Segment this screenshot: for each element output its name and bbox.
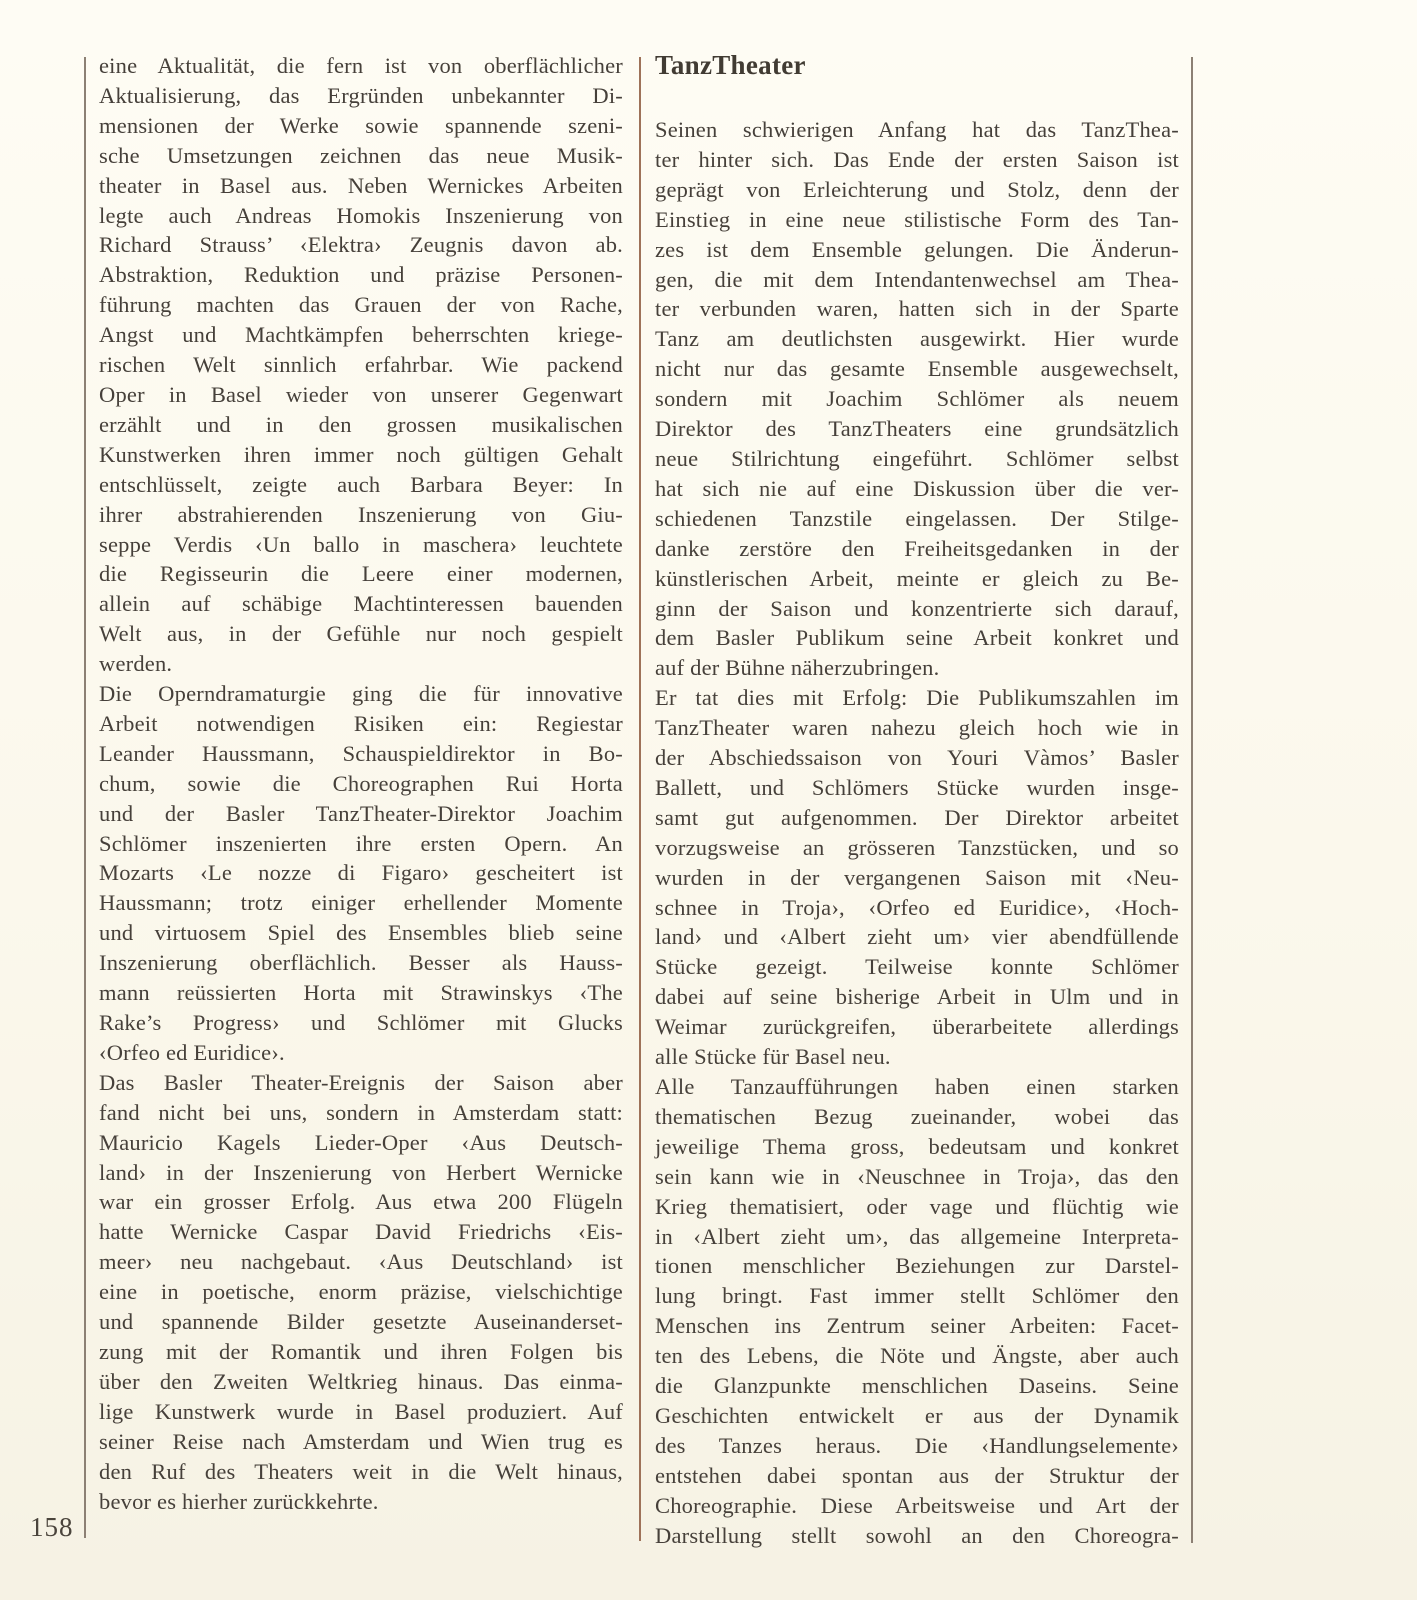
text-line: ginn der Saison und konzentrierte sich d… — [655, 594, 1179, 624]
text-line: jeweilige Thema gross, bedeutsam und kon… — [655, 1132, 1179, 1162]
text-line: Weimar zurückgreifen, überarbeitete alle… — [655, 1012, 1179, 1042]
text-line: Angst und Machtkämpfen beherrschten krie… — [99, 320, 623, 350]
text-line: Er tat dies mit Erfolg: Die Publikumszah… — [655, 683, 1179, 713]
text-line: dem Basler Publikum seine Arbeit konkret… — [655, 623, 1179, 653]
text-line: thematischen Bezug zueinander, wobei das — [655, 1102, 1179, 1132]
text-line: Haussmann; trotz einiger erhellender Mom… — [99, 888, 623, 918]
text-line: Inszenierung oberflächlich. Besser als H… — [99, 948, 623, 978]
text-line: zung mit der Romantik und ihren Folgen b… — [99, 1337, 623, 1367]
text-line: theater in Basel aus. Neben Wernickes Ar… — [99, 171, 623, 201]
text-line: künstlerischen Arbeit, meinte er gleich … — [655, 564, 1179, 594]
text-line: Seinen schwierigen Anfang hat das TanzTh… — [655, 115, 1179, 145]
text-line: Mauricio Kagels Lieder-Oper ‹Aus Deutsch… — [99, 1128, 623, 1158]
text-line: sein kann wie in ‹Neuschnee in Troja›, d… — [655, 1162, 1179, 1192]
text-line: meer› neu nachgebaut. ‹Aus Deutschland› … — [99, 1247, 623, 1277]
text-line: Alle Tanzaufführungen haben einen starke… — [655, 1072, 1179, 1102]
text-line: Kunstwerken ihren immer noch gültigen Ge… — [99, 440, 623, 470]
text-line: war ein grosser Erfolg. Aus etwa 200 Flü… — [99, 1187, 623, 1217]
text-line: Mozarts ‹Le nozze di Figaro› gescheitert… — [99, 858, 623, 888]
text-line: chum, sowie die Choreographen Rui Horta — [99, 769, 623, 799]
right-column-body: Seinen schwierigen Anfang hat das TanzTh… — [655, 115, 1179, 1551]
text-line: ihrer abstrahierenden Inszenierung von G… — [99, 500, 623, 530]
text-line: Choreographie. Diese Arbeitsweise und Ar… — [655, 1491, 1179, 1521]
text-line: vorzugsweise an grösseren Tanzstücken, u… — [655, 833, 1179, 863]
text-line: lung bringt. Fast immer stellt Schlömer … — [655, 1281, 1179, 1311]
text-line: erzählt und in den grossen musikalischen — [99, 410, 623, 440]
text-line: werden. — [99, 649, 623, 679]
text-line: Leander Haussmann, Schauspieldirektor in… — [99, 739, 623, 769]
text-line: ter verbunden waren, hatten sich in der … — [655, 294, 1179, 324]
text-line: Einstieg in eine neue stilistische Form … — [655, 205, 1179, 235]
center-column-rule — [639, 57, 641, 1541]
text-line: land› und ‹Albert zieht um› vier abendfü… — [655, 922, 1179, 952]
text-line: Direktor des TanzTheaters eine grundsätz… — [655, 414, 1179, 444]
text-line: nicht nur das gesamte Ensemble ausgewech… — [655, 354, 1179, 384]
text-line: sche Umsetzungen zeichnen das neue Musik… — [99, 141, 623, 171]
text-line: Die Operndramaturgie ging die für innova… — [99, 679, 623, 709]
text-line: Rake’s Progress› und Schlömer mit Glucks — [99, 1008, 623, 1038]
text-line: und der Basler TanzTheater-Direktor Joac… — [99, 799, 623, 829]
text-line: fand nicht bei uns, sondern in Amsterdam… — [99, 1098, 623, 1128]
text-line: Welt aus, in der Gefühle nur noch gespie… — [99, 619, 623, 649]
text-line: Krieg thematisiert, oder vage und flücht… — [655, 1192, 1179, 1222]
scanned-book-page: eine Aktualität, die fern ist von oberfl… — [0, 0, 1417, 1600]
text-line: ter hinter sich. Das Ende der ersten Sai… — [655, 145, 1179, 175]
text-line: Oper in Basel wieder von unserer Gegenwa… — [99, 380, 623, 410]
text-line: eine in poetische, enorm präzise, vielsc… — [99, 1277, 623, 1307]
text-line: entschlüsselt, zeigte auch Barbara Beyer… — [99, 470, 623, 500]
text-line: und spannende Bilder gesetzte Auseinande… — [99, 1307, 623, 1337]
text-line: Aktualisierung, das Ergründen unbekannte… — [99, 81, 623, 111]
page-number: 158 — [30, 1512, 74, 1543]
text-line: TanzTheater waren nahezu gleich hoch wie… — [655, 713, 1179, 743]
text-line: hat sich nie auf eine Diskussion über di… — [655, 474, 1179, 504]
text-line: Das Basler Theater-Ereignis der Saison a… — [99, 1068, 623, 1098]
text-line: mensionen der Werke sowie spannende szen… — [99, 111, 623, 141]
text-line: allein auf schäbige Machtinteressen baue… — [99, 589, 623, 619]
right-column-rule — [1191, 57, 1193, 1543]
text-line: den Ruf des Theaters weit in die Welt hi… — [99, 1457, 623, 1487]
text-line: legte auch Andreas Homokis Inszenierung … — [99, 201, 623, 231]
text-line: seppe Verdis ‹Un ballo in maschera› leuc… — [99, 530, 623, 560]
text-line: der Abschiedssaison von Youri Vàmos’ Bas… — [655, 743, 1179, 773]
text-line: in ‹Albert zieht um›, das allgemeine Int… — [655, 1222, 1179, 1252]
text-line: Darstellung stellt sowohl an den Choreog… — [655, 1521, 1179, 1551]
text-line: seiner Reise nach Amsterdam und Wien tru… — [99, 1427, 623, 1457]
text-line: Geschichten entwickelt er aus der Dynami… — [655, 1401, 1179, 1431]
text-line: eine Aktualität, die fern ist von oberfl… — [99, 51, 623, 81]
text-line: die Regisseurin die Leere einer modernen… — [99, 559, 623, 589]
text-line: des Tanzes heraus. Die ‹Handlungselement… — [655, 1431, 1179, 1461]
text-line: Richard Strauss’ ‹Elektra› Zeugnis davon… — [99, 230, 623, 260]
text-line: schnee in Troja›, ‹Orfeo ed Euridice›, ‹… — [655, 893, 1179, 923]
text-line: zes ist dem Ensemble gelungen. Die Änder… — [655, 235, 1179, 265]
text-line: wurden in der vergangenen Saison mit ‹Ne… — [655, 863, 1179, 893]
text-line: Menschen ins Zentrum seiner Arbeiten: Fa… — [655, 1311, 1179, 1341]
right-text-column: TanzTheater Seinen schwierigen Anfang ha… — [655, 51, 1179, 1551]
section-heading: TanzTheater — [655, 51, 1179, 115]
text-line: schiedenen Tanzstile eingelassen. Der St… — [655, 504, 1179, 534]
text-line: Arbeit notwendigen Risiken ein: Regiesta… — [99, 709, 623, 739]
text-line: Abstraktion, Reduktion und präzise Perso… — [99, 260, 623, 290]
text-line: ten des Lebens, die Nöte und Ängste, abe… — [655, 1341, 1179, 1371]
text-line: neue Stilrichtung eingeführt. Schlömer s… — [655, 444, 1179, 474]
text-line: samt gut aufgenommen. Der Direktor arbei… — [655, 803, 1179, 833]
text-line: entstehen dabei spontan aus der Struktur… — [655, 1461, 1179, 1491]
text-line: Schlömer inszenierten ihre ersten Opern.… — [99, 829, 623, 859]
text-line: tionen menschlicher Beziehungen zur Dars… — [655, 1251, 1179, 1281]
text-line: dabei auf seine bisherige Arbeit in Ulm … — [655, 982, 1179, 1012]
text-line: ‹Orfeo ed Euridice›. — [99, 1038, 623, 1068]
text-line: auf der Bühne näherzubringen. — [655, 653, 1179, 683]
text-line: Stücke gezeigt. Teilweise konnte Schlöme… — [655, 952, 1179, 982]
text-line: Tanz am deutlichsten ausgewirkt. Hier wu… — [655, 324, 1179, 354]
text-line: geprägt von Erleichterung und Stolz, den… — [655, 175, 1179, 205]
left-text-column: eine Aktualität, die fern ist von oberfl… — [99, 51, 623, 1516]
text-line: führung machten das Grauen der von Rache… — [99, 290, 623, 320]
text-line: Ballett, und Schlömers Stücke wurden ins… — [655, 773, 1179, 803]
text-line: danke zerstöre den Freiheitsgedanken in … — [655, 534, 1179, 564]
left-column-rule — [84, 57, 86, 1538]
text-line: lige Kunstwerk wurde in Basel produziert… — [99, 1397, 623, 1427]
text-line: alle Stücke für Basel neu. — [655, 1042, 1179, 1072]
text-line: sondern mit Joachim Schlömer als neuem — [655, 384, 1179, 414]
text-line: und virtuosem Spiel des Ensembles blieb … — [99, 918, 623, 948]
text-line: hatte Wernicke Caspar David Friedrichs ‹… — [99, 1217, 623, 1247]
text-line: gen, die mit dem Intendantenwechsel am T… — [655, 265, 1179, 295]
text-line: mann reüssierten Horta mit Strawinskys ‹… — [99, 978, 623, 1008]
text-line: land› in der Inszenierung von Herbert We… — [99, 1158, 623, 1188]
text-line: rischen Welt sinnlich erfahrbar. Wie pac… — [99, 350, 623, 380]
text-line: die Glanzpunkte menschlichen Daseins. Se… — [655, 1371, 1179, 1401]
text-line: über den Zweiten Weltkrieg hinaus. Das e… — [99, 1367, 623, 1397]
text-line: bevor es hierher zurückkehrte. — [99, 1487, 623, 1517]
